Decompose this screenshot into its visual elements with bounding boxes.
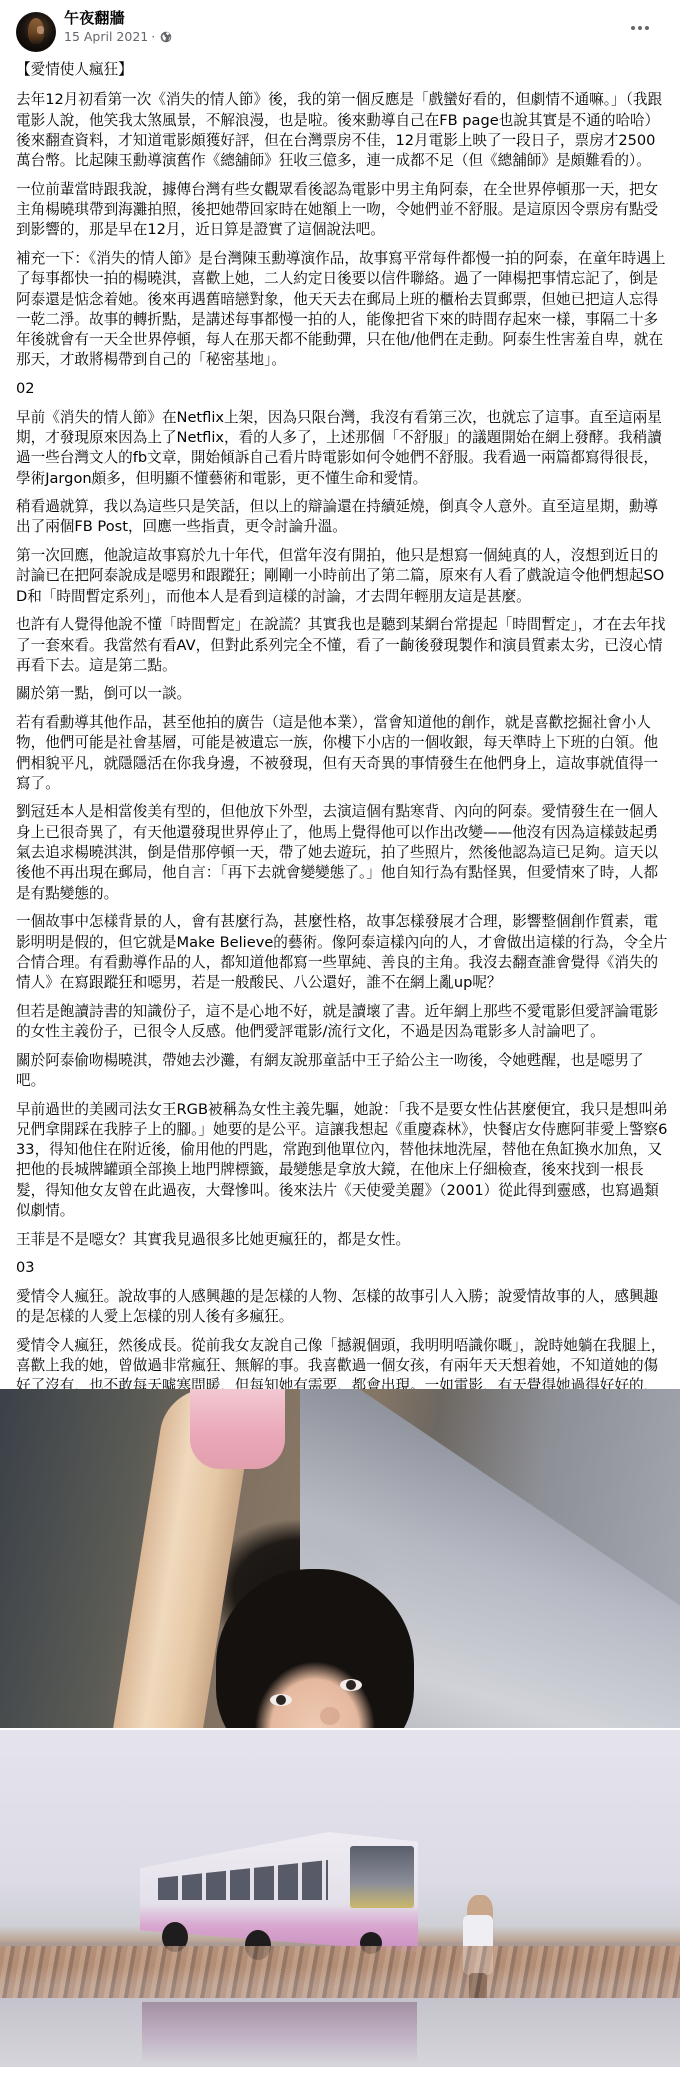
post-header: 午夜翻牆 15 April 2021 · (0, 0, 680, 60)
paragraph: 去年12月初看第一次《消失的情人節》後，我的第一個反應是「戲蠻好看的，但劇情不通… (16, 90, 668, 171)
photo-rubble (0, 1946, 680, 2001)
photo-bus-shape (140, 1802, 418, 1952)
paragraph: 也許有人覺得他說不懂「時間暫定」在說謊？其實我也是聽到某網台常提起「時間暫定」，… (16, 615, 668, 676)
paragraph: 補充一下：《消失的情人節》是台灣陳玉勳導演作品，故事寫平常每件都慢一拍的阿泰，在… (16, 249, 668, 371)
photo-glove-shape (190, 1389, 285, 1469)
post-date[interactable]: 15 April 2021 (64, 29, 148, 44)
avatar[interactable] (16, 12, 56, 52)
more-options-icon (638, 26, 642, 30)
paragraph: 早前過世的美國司法女王RGB被稱為女性主義先驅，她說：「我不是要女性佔甚麼便宜，… (16, 1100, 668, 1222)
photo-eye-shape (340, 1679, 362, 1691)
paragraph: 劉冠廷本人是相當俊美有型的，但他放下外型，去演這個有點寒背、內向的阿泰。愛情發生… (16, 802, 668, 903)
photo-bus-by-water[interactable] (0, 1730, 680, 2067)
section-number: 03 (16, 1258, 668, 1278)
facebook-post: 午夜翻牆 15 April 2021 · 【愛情使人瘋狂】 去年12月初看第一次… (0, 0, 680, 2078)
paragraph: 早前《消失的情人節》在Netflix上架，因為只限台灣，我沒有看第三次，也就忘了… (16, 408, 668, 489)
author-name[interactable]: 午夜翻牆 (64, 7, 125, 28)
paragraph: 愛情令人瘋狂。說故事的人感興趣的是怎樣的人物、怎樣的故事引人入勝；說愛情故事的人… (16, 1287, 668, 1328)
more-options-icon (631, 26, 635, 30)
post-title: 【愛情使人瘋狂】 (16, 60, 668, 80)
section-number: 02 (16, 379, 668, 399)
post-meta: 15 April 2021 · (64, 29, 172, 44)
photo-woman-looking-up[interactable] (0, 1389, 680, 1728)
paragraph: 關於阿泰偷吻楊曉淇，帶她去沙灘，有網友說那童話中王子給公主一吻後，令她甦醒，也是… (16, 1051, 668, 1092)
more-options-button[interactable] (626, 16, 654, 40)
post-body: 【愛情使人瘋狂】 去年12月初看第一次《消失的情人節》後，我的第一個反應是「戲蠻… (16, 60, 668, 1592)
paragraph: 關於第一點，倒可以一談。 (16, 684, 668, 704)
photo-eye-shape (270, 1694, 292, 1706)
paragraph: 稍看過就算，我以為這些只是笑話，但以上的辯論還在持續延燒，倒真令人意外。直至這星… (16, 497, 668, 538)
globe-icon (160, 31, 172, 43)
avatar-hand (37, 26, 44, 34)
paragraph: 一位前輩當時跟我說，據傳台灣有些女觀眾看後認為電影中男主角阿泰，在全世界停頓那一… (16, 180, 668, 241)
photo-nose-shape (320, 1707, 340, 1725)
paragraph: 一個故事中怎樣背景的人，會有甚麼行為，甚麼性格，故事怎樣發展才合理，影響整個創作… (16, 912, 668, 993)
more-options-icon (645, 26, 649, 30)
paragraph: 若有看勳導其他作品，甚至他拍的廣告（這是他本業），當會知道他的創作，就是喜歡挖掘… (16, 713, 668, 794)
paragraph: 但若是飽讀詩書的知識份子，這不是心地不好，就是讀壞了書。近年網上那些不愛電影但愛… (16, 1002, 668, 1043)
meta-separator: · (151, 29, 155, 44)
paragraph: 第一次回應，他說這故事寫於九十年代，但當年沒有開拍，他只是想寫一個純真的人，沒想… (16, 546, 668, 607)
photo-reflection (142, 2002, 417, 2064)
bus-front (350, 1846, 414, 1908)
paragraph: 王菲是不是噁女？其實我見過很多比她更瘋狂的，都是女性。 (16, 1230, 668, 1250)
